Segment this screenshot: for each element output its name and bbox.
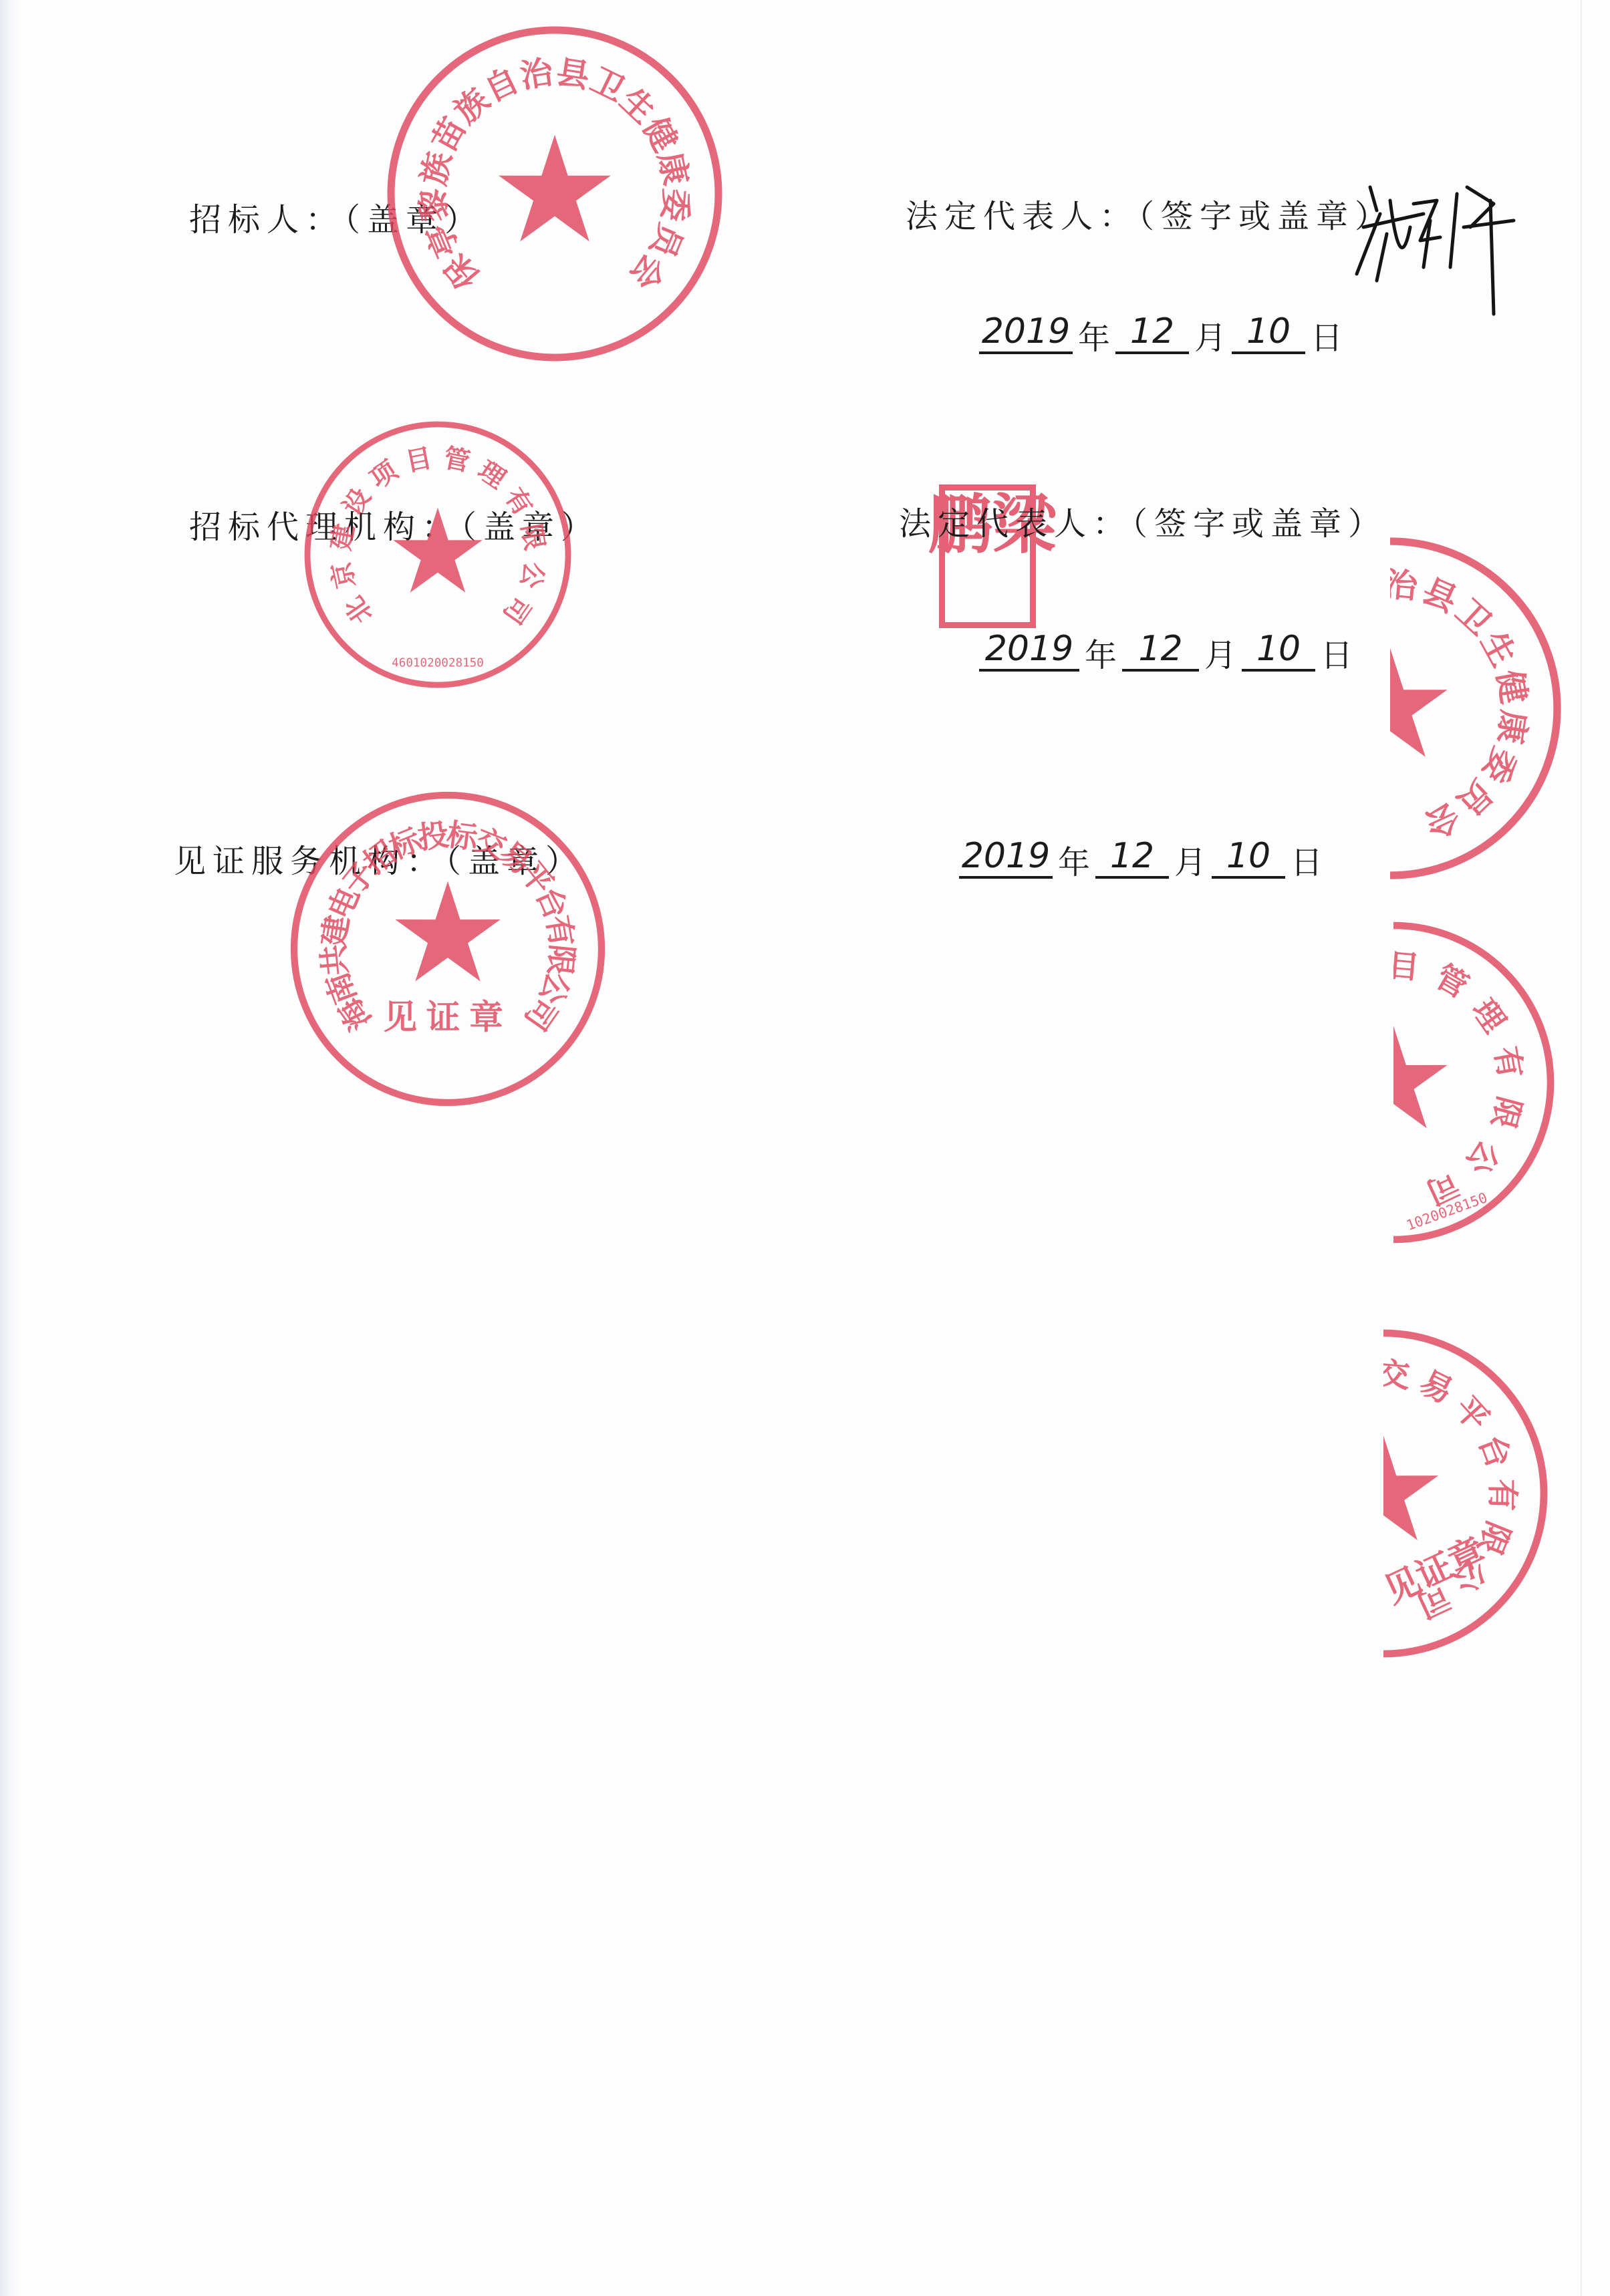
svg-text:4601020028150: 4601020028150 [392,657,484,670]
legal-rep-label-1: 法定代表人：（签字或盖章） [906,200,1393,233]
month-unit: 月 [1174,847,1206,879]
page-edge [1581,0,1582,2296]
svg-text:易: 易 [1414,1363,1459,1411]
svg-text:平: 平 [1447,1389,1496,1438]
date-day: 10 [1242,631,1315,672]
svg-text:公: 公 [514,559,549,591]
svg-text:项: 项 [364,454,404,495]
day-unit: 日 [1321,639,1353,672]
day-unit: 日 [1311,322,1343,354]
svg-text:见证章: 见证章 [383,997,512,1037]
date-month: 12 [1115,314,1189,354]
svg-text:治: 治 [517,52,557,96]
date-row-1: 2019 年 12 月 10 日 [979,314,1348,354]
handwritten-signature [1350,174,1524,321]
year-unit: 年 [1085,639,1117,672]
svg-text:康: 康 [651,148,696,188]
edge-seal-3: 交易平台有限公司见证章 [1377,1326,1551,1663]
date-row-3: 2019 年 12 月 10 日 [959,839,1328,879]
svg-text:交: 交 [1376,1355,1412,1395]
agency-official-stamp: 北京建设项目管理有限公司4601020028150 [301,418,575,694]
svg-text:有: 有 [499,482,539,521]
date-day: 10 [1212,839,1285,879]
svg-text:有: 有 [1487,1044,1528,1081]
legal-rep-label-2: 法定代表人：（签字或盖章） [899,508,1387,540]
svg-text:公: 公 [1458,1133,1506,1181]
svg-text:管: 管 [1429,958,1474,1006]
svg-text:黎: 黎 [413,187,454,223]
svg-text:建: 建 [325,521,360,553]
svg-text:理: 理 [1464,992,1512,1039]
day-unit: 日 [1291,847,1323,879]
date-day: 10 [1232,314,1305,354]
date-year: 2019 [979,631,1079,672]
year-unit: 年 [1078,322,1110,354]
svg-text:目: 目 [1386,947,1421,986]
date-year: 2019 [979,314,1073,354]
svg-text:康: 康 [1490,708,1534,746]
date-month: 12 [1122,631,1199,672]
month-unit: 月 [1194,322,1226,354]
svg-text:司: 司 [497,591,537,629]
svg-text:设: 设 [337,482,377,521]
witness-stamp: 海南共建电子招标投标交易平台有限公司见证章 [287,788,608,1112]
svg-text:目: 目 [403,442,434,478]
date-row-2: 2019 年 12 月 10 日 [979,631,1358,672]
date-month: 12 [1095,839,1169,879]
date-year: 2019 [959,839,1053,879]
edge-seal-2: 目管理有限公司1020028150 [1387,919,1557,1249]
svg-text:限: 限 [515,521,550,553]
svg-text:县: 县 [554,52,592,96]
scan-edge [0,0,20,2296]
svg-text:京: 京 [325,559,361,591]
svg-text:理: 理 [473,455,511,495]
svg-text:北: 北 [339,591,379,629]
svg-text:治: 治 [1383,564,1421,606]
svg-text:委: 委 [654,187,696,223]
svg-text:管: 管 [441,442,473,478]
edge-seal-1: 治县卫生健康委员会 [1383,535,1564,885]
year-unit: 年 [1058,847,1090,879]
svg-text:健: 健 [1490,667,1534,706]
svg-text:限: 限 [1484,1093,1527,1133]
svg-text:台: 台 [1471,1430,1517,1473]
bidder-official-stamp: 保亭黎族苗族自治县卫生健康委员会 [384,23,725,367]
svg-text:有: 有 [1483,1479,1521,1512]
month-unit: 月 [1204,639,1236,672]
